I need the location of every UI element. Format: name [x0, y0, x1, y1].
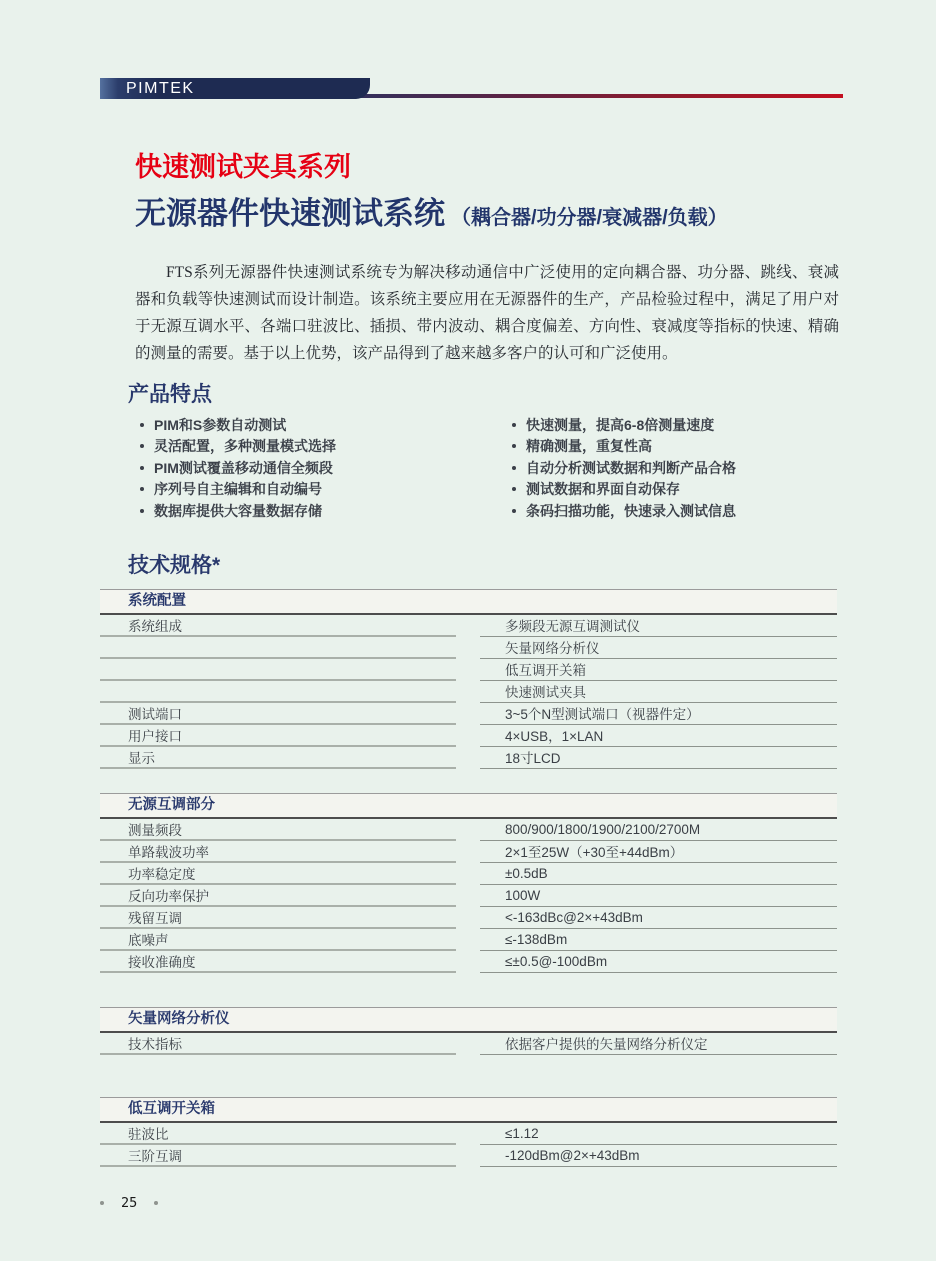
bullet-icon	[512, 423, 516, 427]
bullet-icon	[140, 487, 144, 491]
brand-logo: PIMTEK	[100, 78, 370, 99]
spec-value: 低互调开关箱	[480, 659, 837, 681]
spec-label	[100, 681, 456, 703]
spec-row: 系统组成多频段无源互调测试仪	[100, 615, 837, 637]
spec-label: 显示	[100, 747, 456, 769]
feature-item: PIM测试覆盖移动通信全频段	[140, 457, 512, 479]
spec-label: 底噪声	[100, 929, 456, 951]
spec-row: 残留互调<-163dBc@2×+43dBm	[100, 907, 837, 929]
feature-item: 序列号自主编辑和自动编号	[140, 479, 512, 501]
spec-row: 技术指标依据客户提供的矢量网络分析仪定	[100, 1033, 837, 1055]
spec-value: ≤±0.5@-100dBm	[480, 951, 837, 973]
spec-row: 低互调开关箱	[100, 659, 837, 681]
page-footer: 25	[100, 1195, 936, 1211]
feature-item: 快速测量，提高6-8倍测量速度	[512, 414, 736, 436]
feature-text: 快速测量，提高6-8倍测量速度	[526, 415, 714, 435]
spec-label: 单路载波功率	[100, 841, 456, 863]
feature-text: 序列号自主编辑和自动编号	[154, 479, 322, 499]
spec-table: 无源互调部分测量频段800/900/1800/1900/2100/2700M单路…	[100, 793, 837, 973]
spec-label: 残留互调	[100, 907, 456, 929]
spec-tables: 系统配置系统组成多频段无源互调测试仪矢量网络分析仪低互调开关箱快速测试夹具测试端…	[100, 589, 837, 1167]
bullet-icon	[140, 444, 144, 448]
table-section-title: 低互调开关箱	[100, 1097, 837, 1123]
table-section-title: 无源互调部分	[100, 793, 837, 819]
spec-label: 反向功率保护	[100, 885, 456, 907]
feature-item: 自动分析测试数据和判断产品合格	[512, 457, 736, 479]
spec-value: 3~5个N型测试端口（视器件定）	[480, 703, 837, 725]
spec-value: 2×1至25W（+30至+44dBm）	[480, 841, 837, 863]
intro-paragraph: FTS系列无源器件快速测试系统专为解决移动通信中广泛使用的定向耦合器、功分器、跳…	[135, 259, 839, 367]
bullet-icon	[140, 423, 144, 427]
spec-row: 底噪声≤-138dBm	[100, 929, 837, 951]
brand-name: PIMTEK	[126, 80, 195, 97]
spec-label: 三阶互调	[100, 1145, 456, 1167]
spec-row: 接收准确度≤±0.5@-100dBm	[100, 951, 837, 973]
product-title-line: 无源器件快速测试系统 （耦合器/功分器/衰减器/负载）	[135, 195, 936, 233]
feature-item: 灵活配置，多种测量模式选择	[140, 436, 512, 458]
spec-row: 用户接口4×USB，1×LAN	[100, 725, 837, 747]
bullet-icon	[140, 466, 144, 470]
spec-value: 多频段无源互调测试仪	[480, 615, 837, 637]
spec-label: 功率稳定度	[100, 863, 456, 885]
product-title-note: （耦合器/功分器/衰减器/负载）	[451, 201, 728, 230]
feature-item: 精确测量，重复性高	[512, 436, 736, 458]
feature-text: 条码扫描功能，快速录入测试信息	[526, 501, 736, 521]
footer-dot-icon	[100, 1201, 104, 1205]
specs-heading: 技术规格*	[128, 552, 936, 579]
spec-table: 系统配置系统组成多频段无源互调测试仪矢量网络分析仪低互调开关箱快速测试夹具测试端…	[100, 589, 837, 769]
spec-value: 依据客户提供的矢量网络分析仪定	[480, 1033, 837, 1055]
spec-value: -120dBm@2×+43dBm	[480, 1145, 837, 1167]
spec-table: 低互调开关箱驻波比≤1.12三阶互调-120dBm@2×+43dBm	[100, 1097, 837, 1167]
spec-value: 矢量网络分析仪	[480, 637, 837, 659]
spec-label	[100, 637, 456, 659]
spec-label: 测量频段	[100, 819, 456, 841]
spec-value: 快速测试夹具	[480, 681, 837, 703]
footer-dot-icon	[154, 1201, 158, 1205]
spec-label: 驻波比	[100, 1123, 456, 1145]
bullet-icon	[512, 509, 516, 513]
page-number: 25	[121, 1195, 137, 1211]
spec-row: 驻波比≤1.12	[100, 1123, 837, 1145]
spec-value: 100W	[480, 885, 837, 907]
bullet-icon	[512, 487, 516, 491]
spec-row: 单路载波功率2×1至25W（+30至+44dBm）	[100, 841, 837, 863]
spec-value: ≤-138dBm	[480, 929, 837, 951]
feature-text: 精确测量，重复性高	[526, 436, 652, 456]
spec-row: 显示18寸LCD	[100, 747, 837, 769]
features-list-right: 快速测量，提高6-8倍测量速度精确测量，重复性高自动分析测试数据和判断产品合格测…	[512, 414, 736, 522]
spec-row: 三阶互调-120dBm@2×+43dBm	[100, 1145, 837, 1167]
feature-text: PIM和S参数自动测试	[154, 415, 286, 435]
spec-value: ±0.5dB	[480, 863, 837, 885]
spec-row: 快速测试夹具	[100, 681, 837, 703]
feature-text: 数据库提供大容量数据存储	[154, 501, 322, 521]
feature-item: 条码扫描功能，快速录入测试信息	[512, 500, 736, 522]
table-section-title: 系统配置	[100, 589, 837, 615]
spec-row: 反向功率保护100W	[100, 885, 837, 907]
feature-text: 灵活配置，多种测量模式选择	[154, 436, 336, 456]
spec-row: 功率稳定度±0.5dB	[100, 863, 837, 885]
series-title: 快速测试夹具系列	[135, 152, 936, 182]
bullet-icon	[140, 509, 144, 513]
spec-value: 18寸LCD	[480, 747, 837, 769]
spec-table: 矢量网络分析仪技术指标依据客户提供的矢量网络分析仪定	[100, 1007, 837, 1055]
spec-value: 4×USB，1×LAN	[480, 725, 837, 747]
feature-text: 测试数据和界面自动保存	[526, 479, 680, 499]
features-columns: PIM和S参数自动测试灵活配置，多种测量模式选择PIM测试覆盖移动通信全频段序列…	[140, 414, 936, 522]
table-section-title: 矢量网络分析仪	[100, 1007, 837, 1033]
feature-text: 自动分析测试数据和判断产品合格	[526, 458, 736, 478]
spec-label	[100, 659, 456, 681]
spec-value: ≤1.12	[480, 1123, 837, 1145]
feature-item: 测试数据和界面自动保存	[512, 479, 736, 501]
spec-row: 测试端口3~5个N型测试端口（视器件定）	[100, 703, 837, 725]
spec-label: 用户接口	[100, 725, 456, 747]
spec-row: 测量频段800/900/1800/1900/2100/2700M	[100, 819, 837, 841]
feature-item: 数据库提供大容量数据存储	[140, 500, 512, 522]
spec-label: 系统组成	[100, 615, 456, 637]
bullet-icon	[512, 466, 516, 470]
features-heading: 产品特点	[128, 381, 936, 408]
spec-label: 接收准确度	[100, 951, 456, 973]
spec-label: 技术指标	[100, 1033, 456, 1055]
bullet-icon	[512, 444, 516, 448]
spec-value: <-163dBc@2×+43dBm	[480, 907, 837, 929]
spec-row: 矢量网络分析仪	[100, 637, 837, 659]
spec-value: 800/900/1800/1900/2100/2700M	[480, 819, 837, 841]
feature-text: PIM测试覆盖移动通信全频段	[154, 458, 333, 478]
features-list-left: PIM和S参数自动测试灵活配置，多种测量模式选择PIM测试覆盖移动通信全频段序列…	[140, 414, 512, 522]
spec-label: 测试端口	[100, 703, 456, 725]
header-brand-bar: PIMTEK	[100, 78, 843, 99]
product-title: 无源器件快速测试系统	[135, 195, 445, 233]
feature-item: PIM和S参数自动测试	[140, 414, 512, 436]
